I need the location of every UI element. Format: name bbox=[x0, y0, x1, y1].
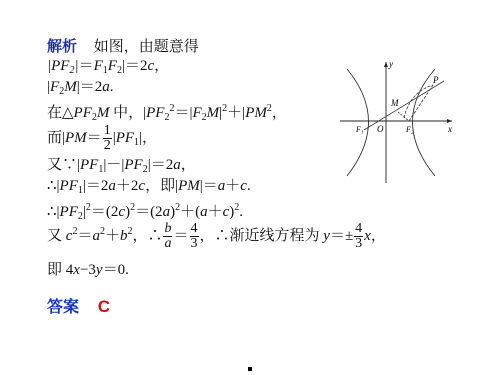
solution-line-9: 即 4x−3y＝0. bbox=[47, 262, 129, 279]
x-label: x bbox=[447, 124, 452, 134]
f1-label: F₁ bbox=[355, 125, 364, 134]
p-label: P bbox=[432, 75, 439, 85]
solution-line-6: ∴|PF1|＝2a＋2c，即|PM|＝a＋c. bbox=[47, 178, 251, 199]
solution-intro: 如图，由题意得 bbox=[94, 37, 199, 55]
m-label: M bbox=[390, 98, 399, 108]
solution-line-8: 又 c2＝a2＋b2，∴ba＝43，∴渐近线方程为 y＝±43x， bbox=[47, 222, 386, 251]
fraction-four-thirds-2: 43 bbox=[354, 222, 363, 251]
origin-label: O bbox=[377, 124, 384, 134]
solution-line-4: 而|PM＝12|PF1|， bbox=[47, 124, 157, 153]
fraction-half: 12 bbox=[103, 124, 112, 153]
f2-label: F₂ bbox=[405, 125, 414, 134]
line-m-f2 bbox=[398, 112, 409, 121]
fraction-b-over-a: ba bbox=[163, 222, 172, 251]
right-branch bbox=[413, 69, 436, 176]
answer-line: 答案 C bbox=[47, 298, 110, 316]
page-dot bbox=[248, 367, 252, 371]
fraction-four-thirds: 43 bbox=[190, 222, 199, 251]
line-f1-p bbox=[364, 81, 444, 130]
y-label: y bbox=[388, 59, 393, 69]
answer-value: C bbox=[98, 297, 110, 316]
x-axis-arrow-icon bbox=[447, 119, 452, 123]
solution-line-3: 在△PF2M 中，|PF22＝|F2M|2＋|PM2， bbox=[47, 100, 287, 126]
left-branch bbox=[347, 69, 369, 176]
y-axis-arrow-icon bbox=[384, 62, 388, 67]
solution-line-2: |F2M|＝2a. bbox=[47, 79, 113, 100]
solution-line-1: |PF2|＝F1F2|＝2c， bbox=[47, 58, 169, 79]
hyperbola-diagram: y x O F₁ F₂ M P bbox=[330, 55, 460, 190]
solution-line-5: 又∵|PF1|－|PF2|＝2a， bbox=[47, 157, 196, 178]
solution-heading-line: 解析 如图，由题意得 bbox=[47, 38, 199, 55]
solution-heading: 解析 bbox=[47, 37, 77, 55]
answer-label: 答案 bbox=[47, 297, 79, 316]
